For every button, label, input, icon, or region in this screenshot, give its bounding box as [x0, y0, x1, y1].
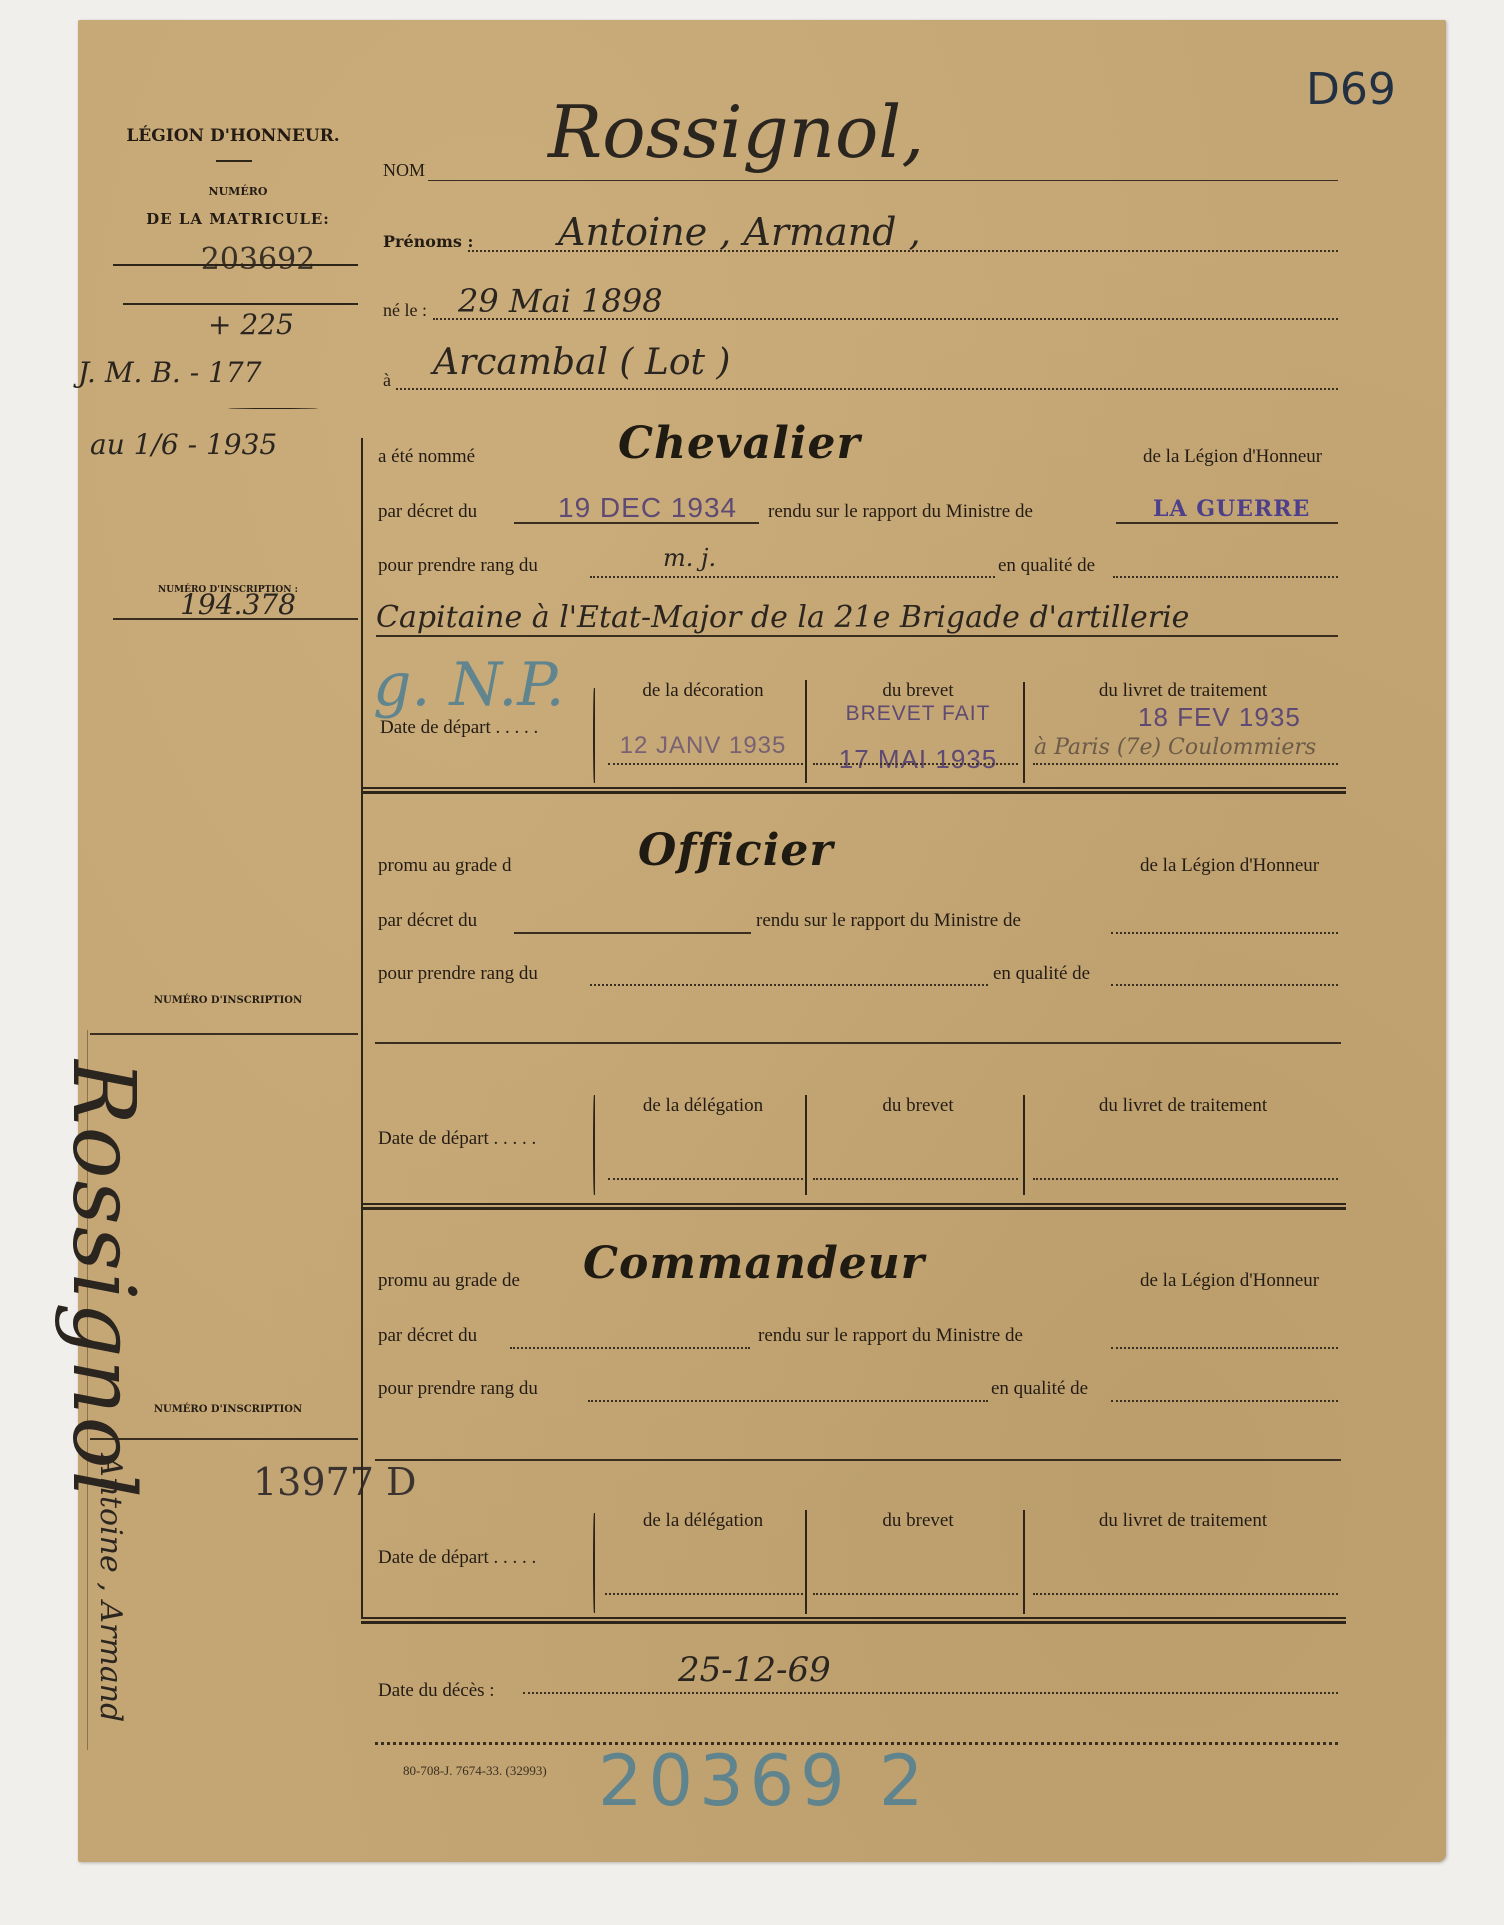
officier-brevet-line[interactable]	[813, 1178, 1018, 1180]
matricule-label-1: NUMÉRO	[118, 185, 358, 198]
a-label: à	[383, 370, 391, 391]
officier-rang-label: pour prendre rang du	[378, 963, 538, 985]
inscription-line-2	[90, 1033, 358, 1035]
inscription-label-2: NUMÉRO D'INSCRIPTION	[118, 995, 338, 1006]
commandeur-decret-label: par décret du	[378, 1325, 477, 1347]
chevalier-rang-line[interactable]	[590, 576, 995, 578]
commandeur-qualite-line-2[interactable]	[375, 1459, 1341, 1461]
chevalier-brevet-line[interactable]	[813, 763, 1018, 765]
vertical-given-names: Antoine , Armand	[93, 1455, 128, 1722]
nom-label: NOM	[383, 160, 425, 181]
chevalier-col-decoration-label: de la décoration	[608, 680, 798, 702]
ne-le-label: né le :	[383, 300, 427, 321]
chevalier-decret-stamp: 19 DEC 1934	[558, 492, 737, 524]
chevalier-section-separator	[361, 787, 1346, 794]
strike-line	[113, 264, 358, 266]
chevalier-rang-value: m. j.	[663, 544, 716, 572]
officier-col-livret-label: du livret de traitement	[1028, 1095, 1338, 1117]
chevalier-qualite-label: en qualité de	[998, 555, 1095, 577]
chevalier-qualite-line[interactable]	[1113, 576, 1338, 578]
org-title: LÉGION D'HONNEUR.	[108, 126, 358, 146]
chevalier-suffix: de la Légion d'Honneur	[1143, 446, 1322, 468]
chevalier-col-divider-1	[805, 680, 807, 783]
officier-suffix: de la Légion d'Honneur	[1140, 855, 1319, 877]
deces-value: 25-12-69	[678, 1650, 831, 1690]
commandeur-col-livret-label: du livret de traitement	[1028, 1510, 1338, 1532]
chevalier-decret-label: par décret du	[378, 501, 477, 523]
officier-col-divider-1	[805, 1095, 807, 1195]
nom-field-line[interactable]	[428, 180, 1338, 181]
chevalier-brace	[593, 688, 595, 783]
commandeur-qualite-line[interactable]	[1111, 1400, 1338, 1402]
file-code: D69	[1306, 64, 1396, 115]
chevalier-col-divider-2	[1023, 682, 1025, 783]
chevalier-livret-line[interactable]	[1033, 763, 1338, 765]
officier-decret-label: par décret du	[378, 910, 477, 932]
officier-col-brevet-label: du brevet	[808, 1095, 1028, 1117]
chevalier-col-decoration-value: 12 JANV 1935	[608, 732, 798, 760]
vertical-surname: Rossignol	[53, 1060, 153, 1500]
chevalier-rang-label: pour prendre rang du	[378, 555, 538, 577]
chevalier-col-livret-label: du livret de traitement	[1028, 680, 1338, 702]
chevalier-col-brevet-label: du brevet	[808, 680, 1028, 702]
nom-value: Rossignol,	[548, 90, 924, 174]
chevalier-rapport-label: rendu sur le rapport du Ministre de	[768, 501, 1033, 523]
officier-qualite-line[interactable]	[1111, 984, 1338, 986]
officier-decret-line[interactable]	[514, 932, 751, 934]
commandeur-section-separator	[361, 1617, 1346, 1624]
officier-rapport-label: rendu sur le rapport du Ministre de	[756, 910, 1021, 932]
officier-col-delegation-label: de la délégation	[608, 1095, 798, 1117]
title-underline	[216, 160, 252, 162]
commandeur-ministre-line[interactable]	[1111, 1347, 1338, 1349]
chevalier-col-brevet-value: 17 MAI 1935	[808, 744, 1028, 775]
commandeur-brevet-line[interactable]	[813, 1593, 1018, 1595]
commandeur-rang-line[interactable]	[588, 1400, 988, 1402]
commandeur-rang-label: pour prendre rang du	[378, 1378, 538, 1400]
chevalier-qualite-value: Capitaine à l'Etat-Major de la 21e Briga…	[376, 600, 1189, 635]
commandeur-decret-line[interactable]	[510, 1347, 750, 1349]
chevalier-grade: Chevalier	[618, 418, 861, 469]
commandeur-col-delegation-label: de la délégation	[608, 1510, 798, 1532]
matricule-struck-number: 203692	[138, 242, 378, 277]
officier-section-separator	[361, 1203, 1346, 1210]
chevalier-depart-annotation: g. N.P.	[373, 650, 565, 720]
chevalier-lead: a été nommé	[378, 446, 475, 468]
officier-qualite-label: en qualité de	[993, 963, 1090, 985]
commandeur-col-brevet-label: du brevet	[808, 1510, 1028, 1532]
officier-depart-label: Date de départ . . . . .	[378, 1128, 536, 1150]
blue-archive-number: 20369 2	[598, 1740, 929, 1822]
ne-le-value: 29 Mai 1898	[458, 282, 663, 320]
commandeur-lead: promu au grade de	[378, 1270, 520, 1292]
chevalier-decoration-line[interactable]	[608, 763, 803, 765]
inscription-value-1: 194.378	[138, 588, 338, 621]
deces-label: Date du décès :	[378, 1680, 495, 1702]
commandeur-delegation-line[interactable]	[605, 1593, 803, 1595]
officier-lead: promu au grade d	[378, 855, 511, 877]
prenoms-label: Prénoms :	[383, 232, 473, 251]
commandeur-brace	[593, 1513, 595, 1613]
deces-line[interactable]	[523, 1692, 1338, 1694]
chevalier-col-livret-value: à Paris (7e) Coulommiers	[1034, 735, 1316, 760]
chevalier-qualite-line-2[interactable]	[376, 635, 1338, 637]
note-line-1: J. M. B. - 177	[78, 356, 298, 389]
chevalier-depart-label: Date de départ . . . . .	[380, 717, 538, 739]
officier-delegation-line[interactable]	[608, 1178, 803, 1180]
commandeur-grade: Commandeur	[583, 1238, 925, 1289]
officier-brace	[593, 1095, 595, 1195]
chevalier-ministre-stamp: LA GUERRE	[1153, 496, 1310, 522]
officier-qualite-line-2[interactable]	[375, 1042, 1341, 1044]
brace-line	[123, 303, 358, 305]
commandeur-livret-line[interactable]	[1033, 1593, 1338, 1595]
chevalier-col-brevet-stamp: BREVET FAIT	[808, 702, 1028, 726]
commandeur-col-divider-2	[1023, 1510, 1025, 1614]
officier-livret-line[interactable]	[1033, 1178, 1338, 1180]
officier-grade: Officier	[638, 825, 834, 876]
commandeur-depart-label: Date de départ . . . . .	[378, 1547, 536, 1569]
note-line-2: au 1/6 - 1935	[90, 428, 277, 461]
chevalier-ministre-line[interactable]	[1116, 522, 1338, 524]
inscription-value-3: 13977 D	[253, 1460, 416, 1504]
print-code: 80-708-J. 7674-33. (32993)	[403, 1763, 547, 1779]
record-card: LÉGION D'HONNEUR. NUMÉRO DE LA MATRICULE…	[78, 20, 1446, 1862]
officier-ministre-line[interactable]	[1111, 932, 1338, 934]
inscription-line-1	[113, 618, 358, 620]
chevalier-col-livret-stamp: 18 FEV 1935	[1138, 702, 1301, 733]
commandeur-rapport-label: rendu sur le rapport du Ministre de	[758, 1325, 1023, 1347]
commandeur-suffix: de la Légion d'Honneur	[1140, 1270, 1319, 1292]
commandeur-qualite-label: en qualité de	[991, 1378, 1088, 1400]
main-left-border	[361, 438, 363, 1618]
commandeur-col-divider-1	[805, 1510, 807, 1614]
note-underline	[228, 408, 318, 409]
prenoms-value: Antoine , Armand ,	[558, 210, 921, 254]
officier-rang-line[interactable]	[590, 984, 988, 986]
lieu-field-line[interactable]	[396, 388, 1338, 390]
lieu-value: Arcambal ( Lot )	[433, 342, 730, 383]
matricule-addition: + 225	[208, 308, 294, 341]
matricule-label-2: DE LA MATRICULE:	[108, 210, 368, 228]
officier-col-divider-2	[1023, 1095, 1025, 1195]
